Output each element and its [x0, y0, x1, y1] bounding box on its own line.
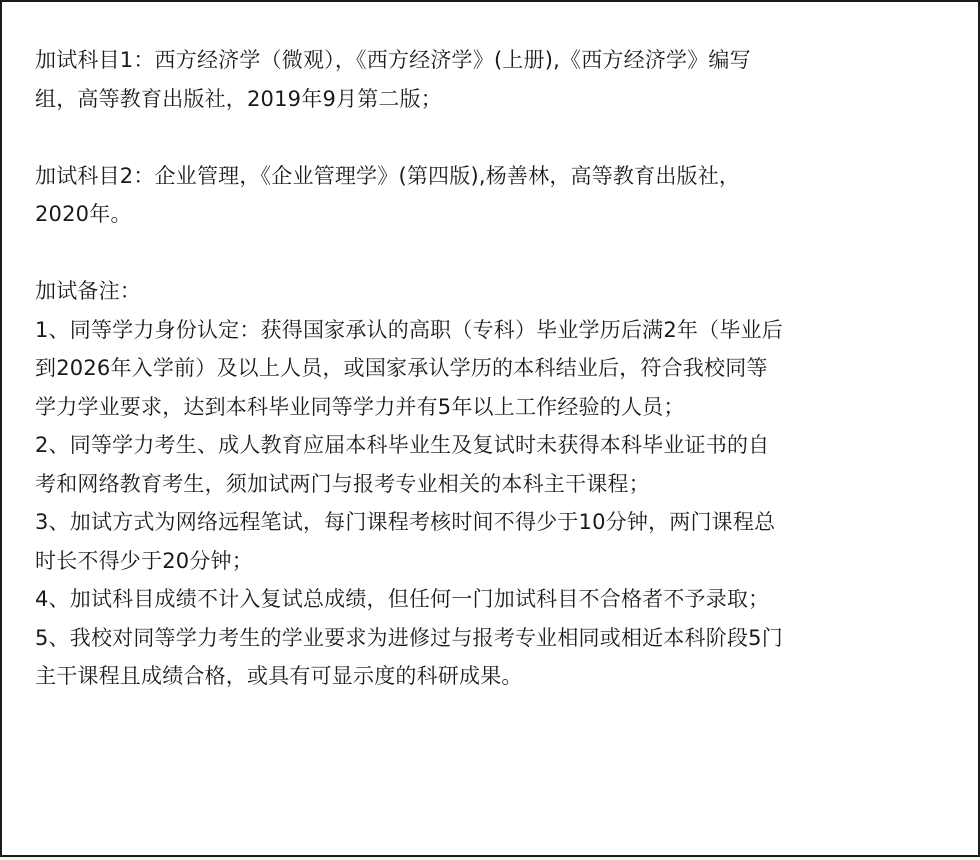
spacer — [35, 234, 953, 273]
note-line: 2、同等学力考生、成人教育应届本科毕业生及复试时未获得本科毕业证书的自 — [35, 426, 953, 465]
note-line: 学力学业要求，达到本科毕业同等学力并有5年以上工作经验的人员； — [35, 388, 953, 427]
note-line: 5、我校对同等学力考生的学业要求为进修过与报考专业相同或相近本科阶段5门 — [35, 619, 953, 658]
subject1-line: 组，高等教育出版社，2019年9月第二版； — [35, 80, 953, 119]
note-line: 考和网络教育考生，须加试两门与报考专业相关的本科主干课程； — [35, 465, 953, 504]
note-line: 1、同等学力身份认定：获得国家承认的高职（专科）毕业学历后满2年（毕业后 — [35, 311, 953, 350]
note-line: 主干课程且成绩合格，或具有可显示度的科研成果。 — [35, 657, 953, 696]
subject2-block: 加试科目2：企业管理，《企业管理学》(第四版),杨善林，高等教育出版社， 202… — [35, 157, 953, 234]
notes-block: 加试备注： 1、同等学力身份认定：获得国家承认的高职（专科）毕业学历后满2年（毕… — [35, 272, 953, 696]
subject1-line: 加试科目1：西方经济学（微观），《西方经济学》(上册),《西方经济学》编写 — [35, 41, 953, 80]
subject2-line: 加试科目2：企业管理，《企业管理学》(第四版),杨善林，高等教育出版社， — [35, 157, 953, 196]
spacer — [35, 118, 953, 157]
subject1-block: 加试科目1：西方经济学（微观），《西方经济学》(上册),《西方经济学》编写 组，… — [35, 41, 953, 118]
subject2-line: 2020年。 — [35, 195, 953, 234]
note-line: 4、加试科目成绩不计入复试总成绩，但任何一门加试科目不合格者不予录取； — [35, 580, 953, 619]
document-frame: 加试科目1：西方经济学（微观），《西方经济学》(上册),《西方经济学》编写 组，… — [0, 0, 980, 857]
document-content: 加试科目1：西方经济学（微观），《西方经济学》(上册),《西方经济学》编写 组，… — [35, 41, 953, 696]
note-line: 3、加试方式为网络远程笔试，每门课程考核时间不得少于10分钟，两门课程总 — [35, 503, 953, 542]
note-line: 到2026年入学前）及以上人员，或国家承认学历的本科结业后，符合我校同等 — [35, 349, 953, 388]
note-line: 时长不得少于20分钟； — [35, 542, 953, 581]
notes-heading: 加试备注： — [35, 272, 953, 311]
